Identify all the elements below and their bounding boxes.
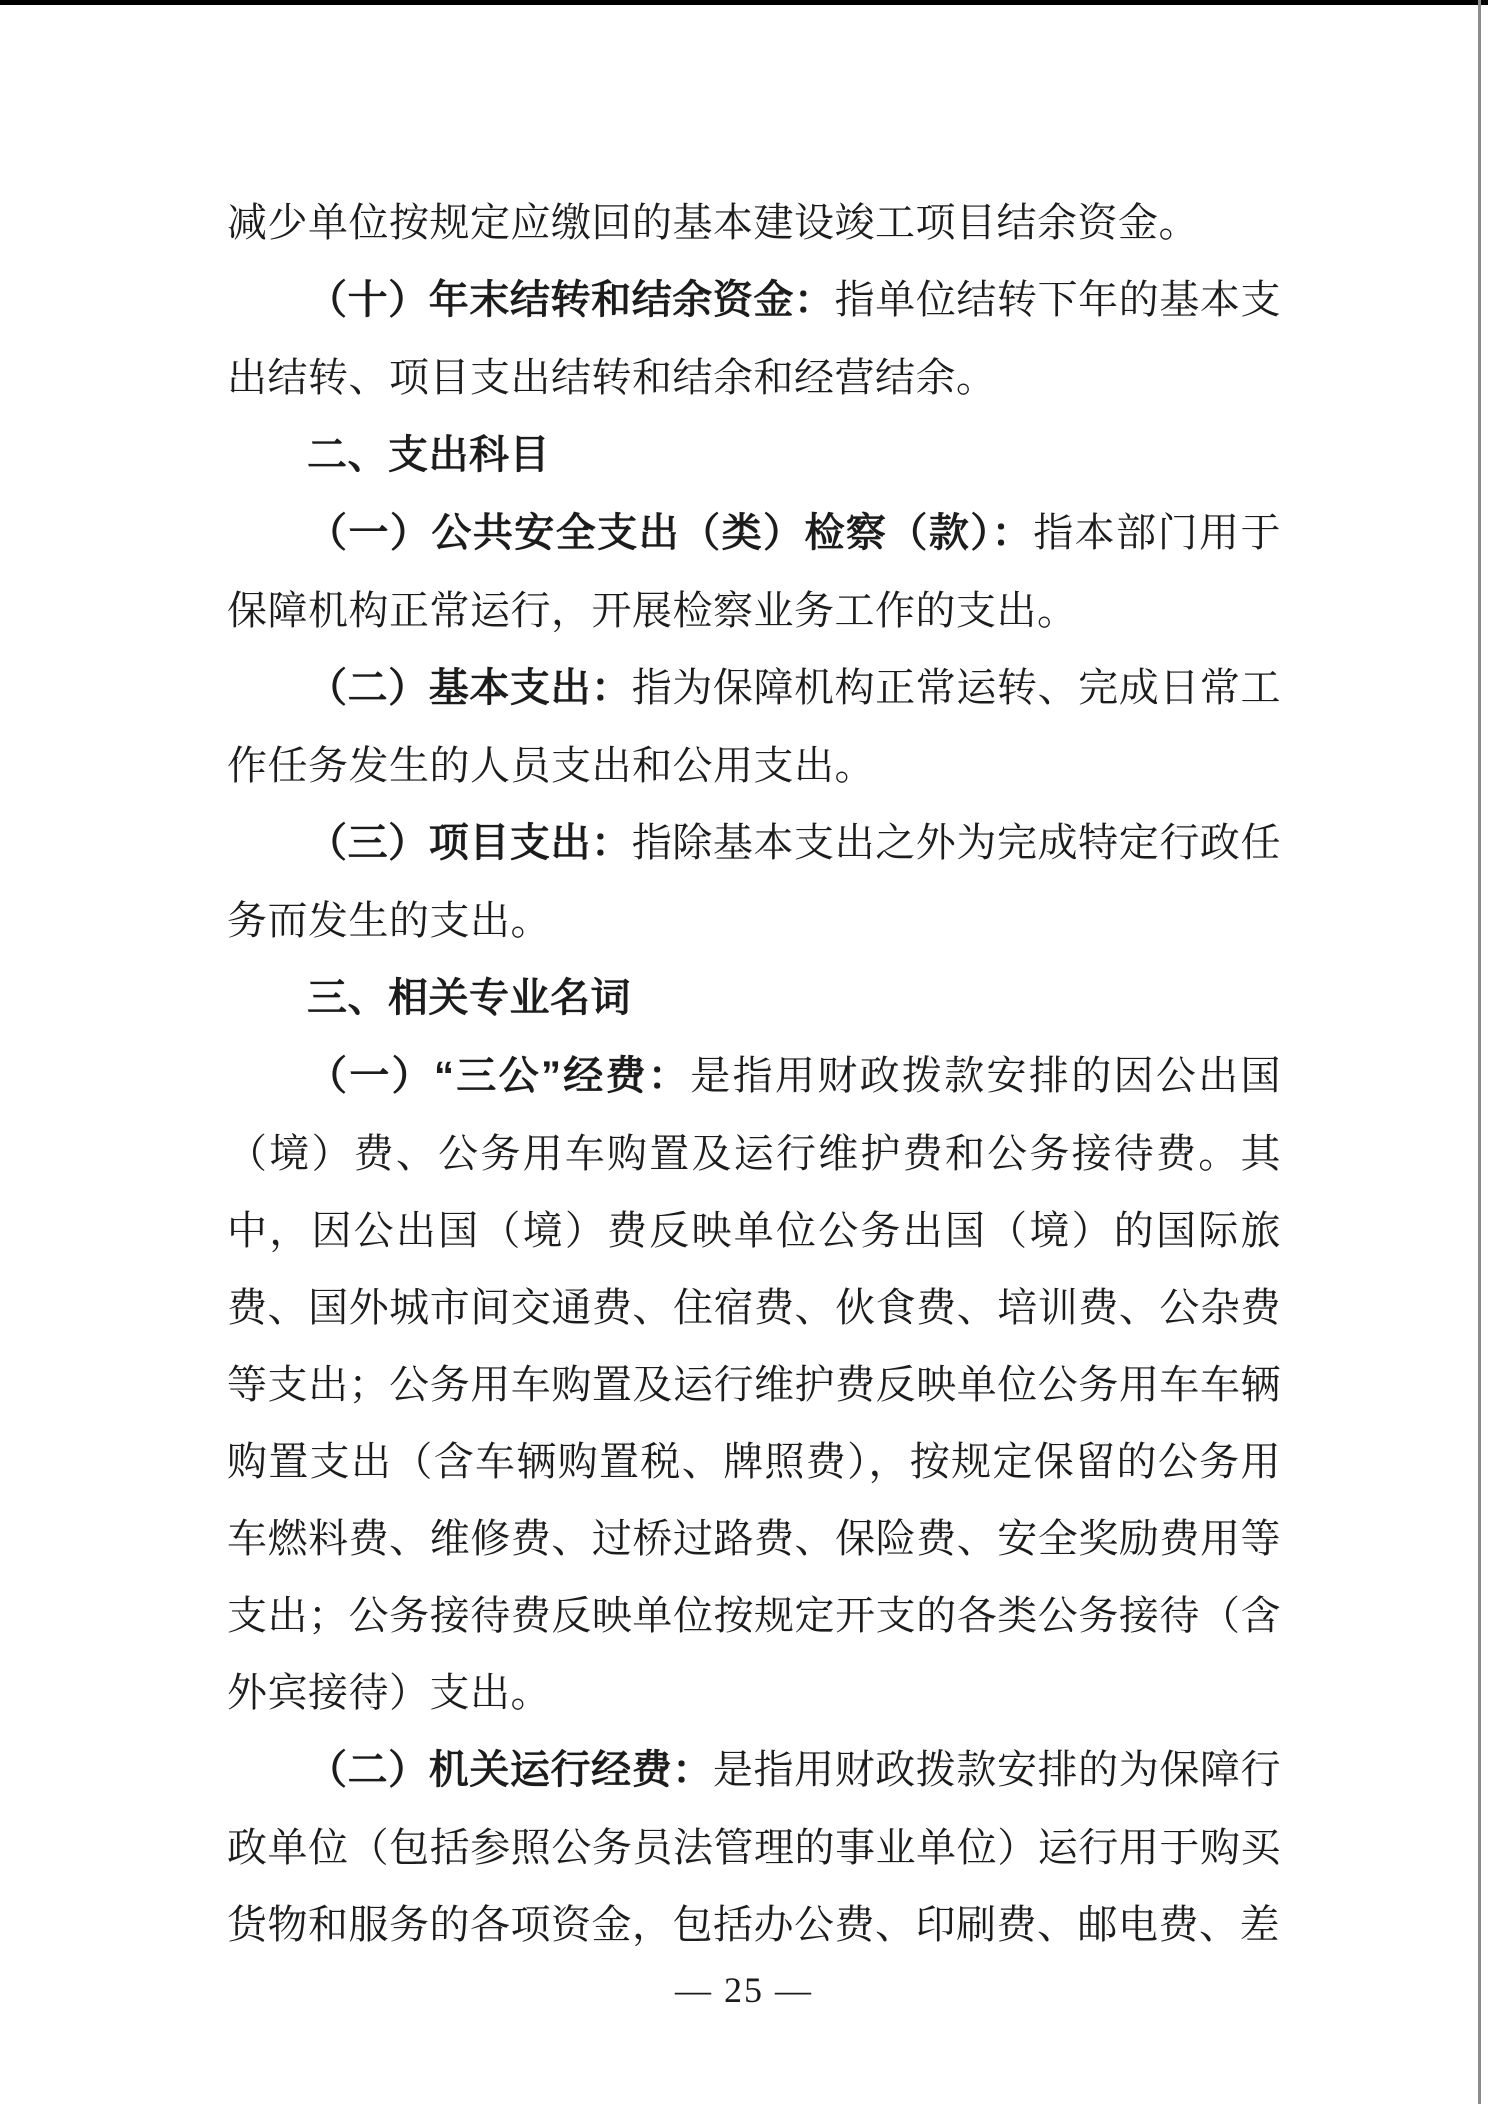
para-2-1-public-security-expenditure: （一）公共安全支出（类）检察（款）：指本部门用于保障机构正常运行，开展检察业务工… — [227, 494, 1281, 649]
page-top-border — [0, 0, 1488, 5]
text-run: 是指用财政拨款安排的因公出国（境）费、公务用车购置及运行维护费和公务接待费。其中… — [227, 1053, 1281, 1715]
para-3-2-agency-operating-funds: （二）机关运行经费：是指用财政拨款安排的为保障行政单位（包括参照公务员法管理的事… — [227, 1731, 1281, 1963]
bold-text-run: （十）年末结转和结余资金： — [307, 278, 835, 322]
scan-edge-line — [1478, 0, 1481, 2104]
bold-text-run: （二）机关运行经费： — [307, 1748, 713, 1792]
document-body: 减少单位按规定应缴回的基本建设竣工项目结余资金。（十）年末结转和结余资金：指单位… — [227, 184, 1281, 1963]
para-3-1-three-public-funds: （一）“三公”经费：是指用财政拨款安排的因公出国（境）费、公务用车购置及运行维护… — [227, 1037, 1281, 1731]
para-item-10-year-end-funds: （十）年末结转和结余资金：指单位结转下年的基本支出结转、项目支出结转和结余和经营… — [227, 261, 1281, 416]
page-number: — 25 — — [675, 1970, 813, 2010]
bold-text-run: 三、相关专业名词 — [307, 976, 631, 1020]
text-run: 减少单位按规定应缴回的基本建设竣工项目结余资金。 — [227, 200, 1199, 245]
para-carryover-end: 减少单位按规定应缴回的基本建设竣工项目结余资金。 — [227, 184, 1281, 261]
bold-text-run: （一）“三公”经费： — [307, 1054, 690, 1098]
para-2-3-project-expenditure: （三）项目支出：指除基本支出之外为完成特定行政任务而发生的支出。 — [227, 804, 1281, 959]
para-2-2-basic-expenditure: （二）基本支出：指为保障机构正常运转、完成日常工作任务发生的人员支出和公用支出。 — [227, 649, 1281, 804]
bold-text-run: （一）公共安全支出（类）检察（款）： — [307, 511, 1033, 555]
bold-text-run: （二）基本支出： — [307, 666, 632, 710]
bold-text-run: 二、支出科目 — [307, 433, 550, 477]
bold-text-run: （三）项目支出： — [307, 821, 632, 865]
heading-section-2-expenditure-subjects: 二、支出科目 — [227, 416, 1281, 494]
page-footer: — 25 — — [0, 1952, 1488, 2029]
document-page: 减少单位按规定应缴回的基本建设竣工项目结余资金。（十）年末结转和结余资金：指单位… — [0, 0, 1488, 2104]
heading-section-3-related-terms: 三、相关专业名词 — [227, 959, 1281, 1037]
